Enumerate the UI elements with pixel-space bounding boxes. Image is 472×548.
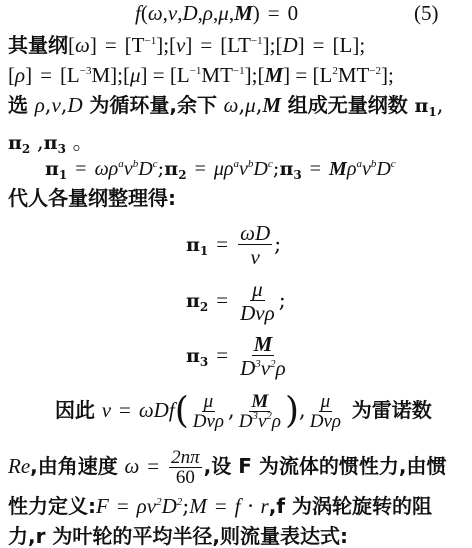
equation-number: (5)	[414, 1, 439, 25]
dimensions-line-1: 其量纲[ω]=[T−1];[v]=[LT−1];[D]=[L];	[8, 33, 365, 57]
inertia-definition-line: 性力定义:F=ρv2D2;M=f · r,f 为涡轮旋转的阻	[8, 494, 432, 518]
pi3-equation: π3=MD3v2ρ	[186, 333, 290, 380]
pi-general-definitions: π1=ωρavbDc;π2=μρavbDc;π3=MρavbDc	[45, 156, 396, 181]
pi2-equation: π2=μDvρ;	[186, 278, 286, 325]
equation-5: f(ω,v,D,ρ,μ,M)=0	[135, 1, 298, 25]
pi-tail-line: π2 ,π3 。	[8, 130, 94, 155]
substitute-heading: 代人各量纲整理得:	[8, 186, 176, 210]
velocity-expression: 因此 v=ωDf(μDvρ,MD3v2ρ),μDvρ 为雷诺数	[55, 392, 432, 431]
pi1-equation: π1=ωDv;	[186, 222, 281, 269]
reynolds-angular-line: Re,由角速度 ω=2nπ60,设 F 为流体的惯性力,由惯	[8, 448, 446, 487]
dimensions-intro: 其量纲	[8, 33, 68, 57]
dimensions-line-2: [ρ]=[L−3M];[μ] = [L−1MT−1];[M] = [L2MT−2…	[8, 63, 394, 87]
select-line: 选 ρ,v,D 为循环量,余下 ω,μ,M 组成无量纲数 π1,	[8, 93, 443, 118]
flow-expression-intro: 力,r 为叶轮的平均半径,则流量表达式:	[8, 524, 348, 548]
